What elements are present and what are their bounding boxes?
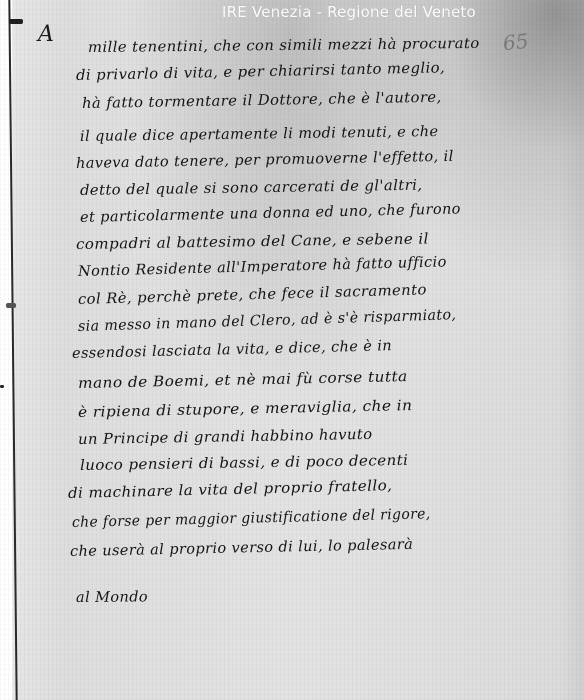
manuscript-page: IRE Venezia - Regione del Veneto 65 A mi… xyxy=(0,0,584,700)
watermark-text: IRE Venezia - Regione del Veneto xyxy=(222,3,476,21)
marginal-mark: A xyxy=(38,22,54,47)
manuscript-line: un Principe di grandi habbino havuto xyxy=(78,427,373,448)
manuscript-line: luoco pensieri di bassi, e di poco decen… xyxy=(80,453,409,474)
manuscript-line: di privarlo di vita, e per chiarirsi tan… xyxy=(76,60,445,84)
binding-stitch xyxy=(6,303,16,308)
manuscript-line: mano de Boemi, et nè mai fù corse tutta xyxy=(78,369,408,392)
folio-number: 65 xyxy=(502,29,530,56)
manuscript-line: di machinare la vita del proprio fratell… xyxy=(68,478,393,502)
manuscript-line: col Rè, perchè prete, che fece il sacram… xyxy=(78,282,427,308)
binding-edge xyxy=(8,0,17,700)
manuscript-line: che forse per maggior giustificatione de… xyxy=(72,506,431,531)
manuscript-line: haveva dato tenere, per promuoverne l'ef… xyxy=(76,149,454,172)
manuscript-line: Nontio Residente all'Imperatore hà fatto… xyxy=(78,254,447,280)
binding-stitch xyxy=(0,385,4,388)
manuscript-line: al Mondo xyxy=(76,589,148,606)
manuscript-line: il quale dice apertamente li modi tenuti… xyxy=(80,124,439,145)
manuscript-line: essendosi lasciata la vita, e dice, che … xyxy=(72,338,392,362)
manuscript-line: che userà al proprio verso di lui, lo pa… xyxy=(70,537,414,560)
manuscript-line: detto del quale si sono carcerati de gl'… xyxy=(80,178,423,199)
manuscript-line: compadri al battesimo del Cane, e sebene… xyxy=(76,231,429,253)
manuscript-line: hà fatto tormentare il Dottore, che è l'… xyxy=(82,90,442,112)
manuscript-line: è ripiena di stupore, e meraviglia, che … xyxy=(78,398,413,421)
manuscript-line: sia messo in mano del Clero, ad è s'è ri… xyxy=(78,307,457,335)
manuscript-line: mille tenentini, che con simili mezzi hà… xyxy=(88,36,480,56)
manuscript-line: et particolarmente una donna ed uno, che… xyxy=(80,201,461,226)
binding-stitch xyxy=(9,19,23,24)
